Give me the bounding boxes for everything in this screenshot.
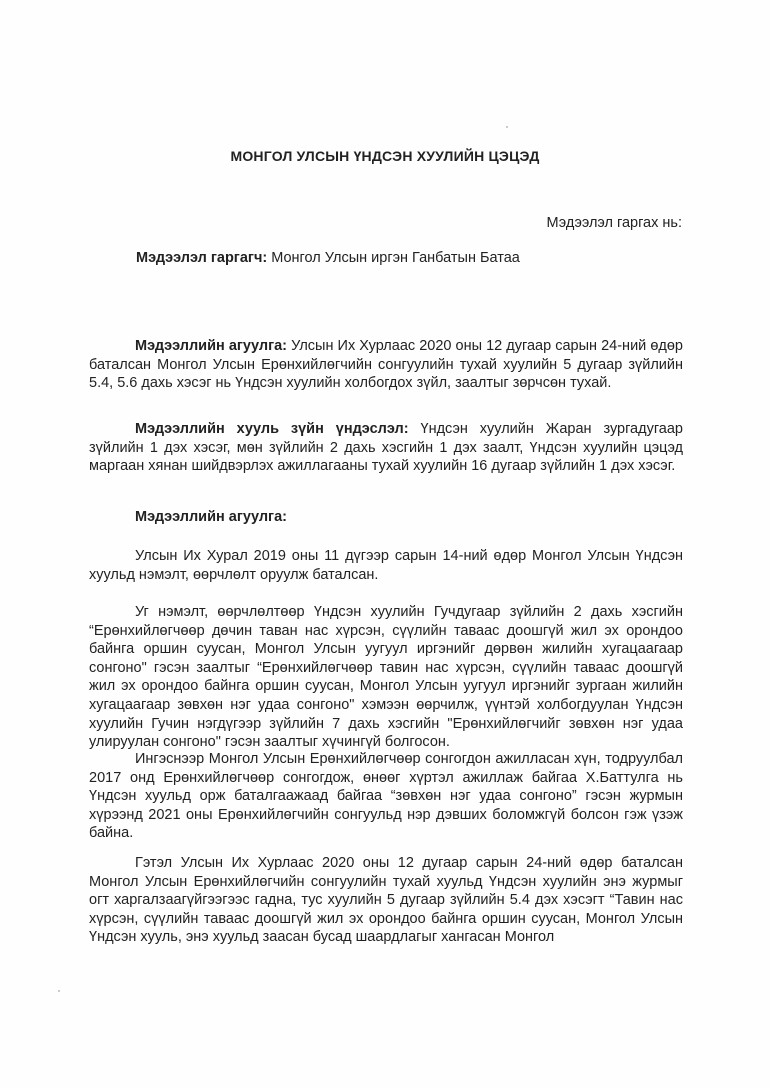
body-paragraph: Уг нэмэлт, өөрчлөлтөөр Үндсэн хуулийн Гу… bbox=[89, 603, 683, 752]
recipient-line: Мэдээлэл гаргах нь: bbox=[547, 215, 682, 231]
sender-line: Мэдээлэл гаргагч: Монгол Улсын иргэн Ган… bbox=[136, 250, 520, 266]
sender-value: Монгол Улсын иргэн Ганбатын Батаа bbox=[271, 250, 520, 266]
sender-label: Мэдээлэл гаргагч: bbox=[136, 250, 267, 266]
scan-speck bbox=[506, 126, 508, 128]
content-heading: Мэдээллийн агуулга: bbox=[135, 509, 287, 525]
scan-speck bbox=[58, 990, 60, 992]
legal-basis-paragraph: Мэдээллийн хууль зүйн үндэслэл: Үндсэн х… bbox=[89, 420, 683, 476]
body-paragraph: Гэтэл Улсын Их Хурлаас 2020 оны 12 дугаа… bbox=[89, 854, 683, 947]
body-paragraph: Улсын Их Хурал 2019 оны 11 дүгээр сарын … bbox=[89, 547, 683, 584]
legal-basis-label: Мэдээллийн хууль зүйн үндэслэл: bbox=[135, 421, 409, 437]
summary-label: Мэдээллийн агуулга: bbox=[135, 338, 287, 354]
document-page: МОНГОЛ УЛСЫН ҮНДСЭН ХУУЛИЙН ЦЭЦЭД Мэдээл… bbox=[0, 0, 770, 1088]
summary-paragraph: Мэдээллийн агуулга: Улсын Их Хурлаас 202… bbox=[89, 337, 683, 393]
body-paragraph: Ингэснээр Монгол Улсын Ерөнхийлөгчөөр со… bbox=[89, 750, 683, 843]
document-title: МОНГОЛ УЛСЫН ҮНДСЭН ХУУЛИЙН ЦЭЦЭД bbox=[0, 148, 770, 164]
